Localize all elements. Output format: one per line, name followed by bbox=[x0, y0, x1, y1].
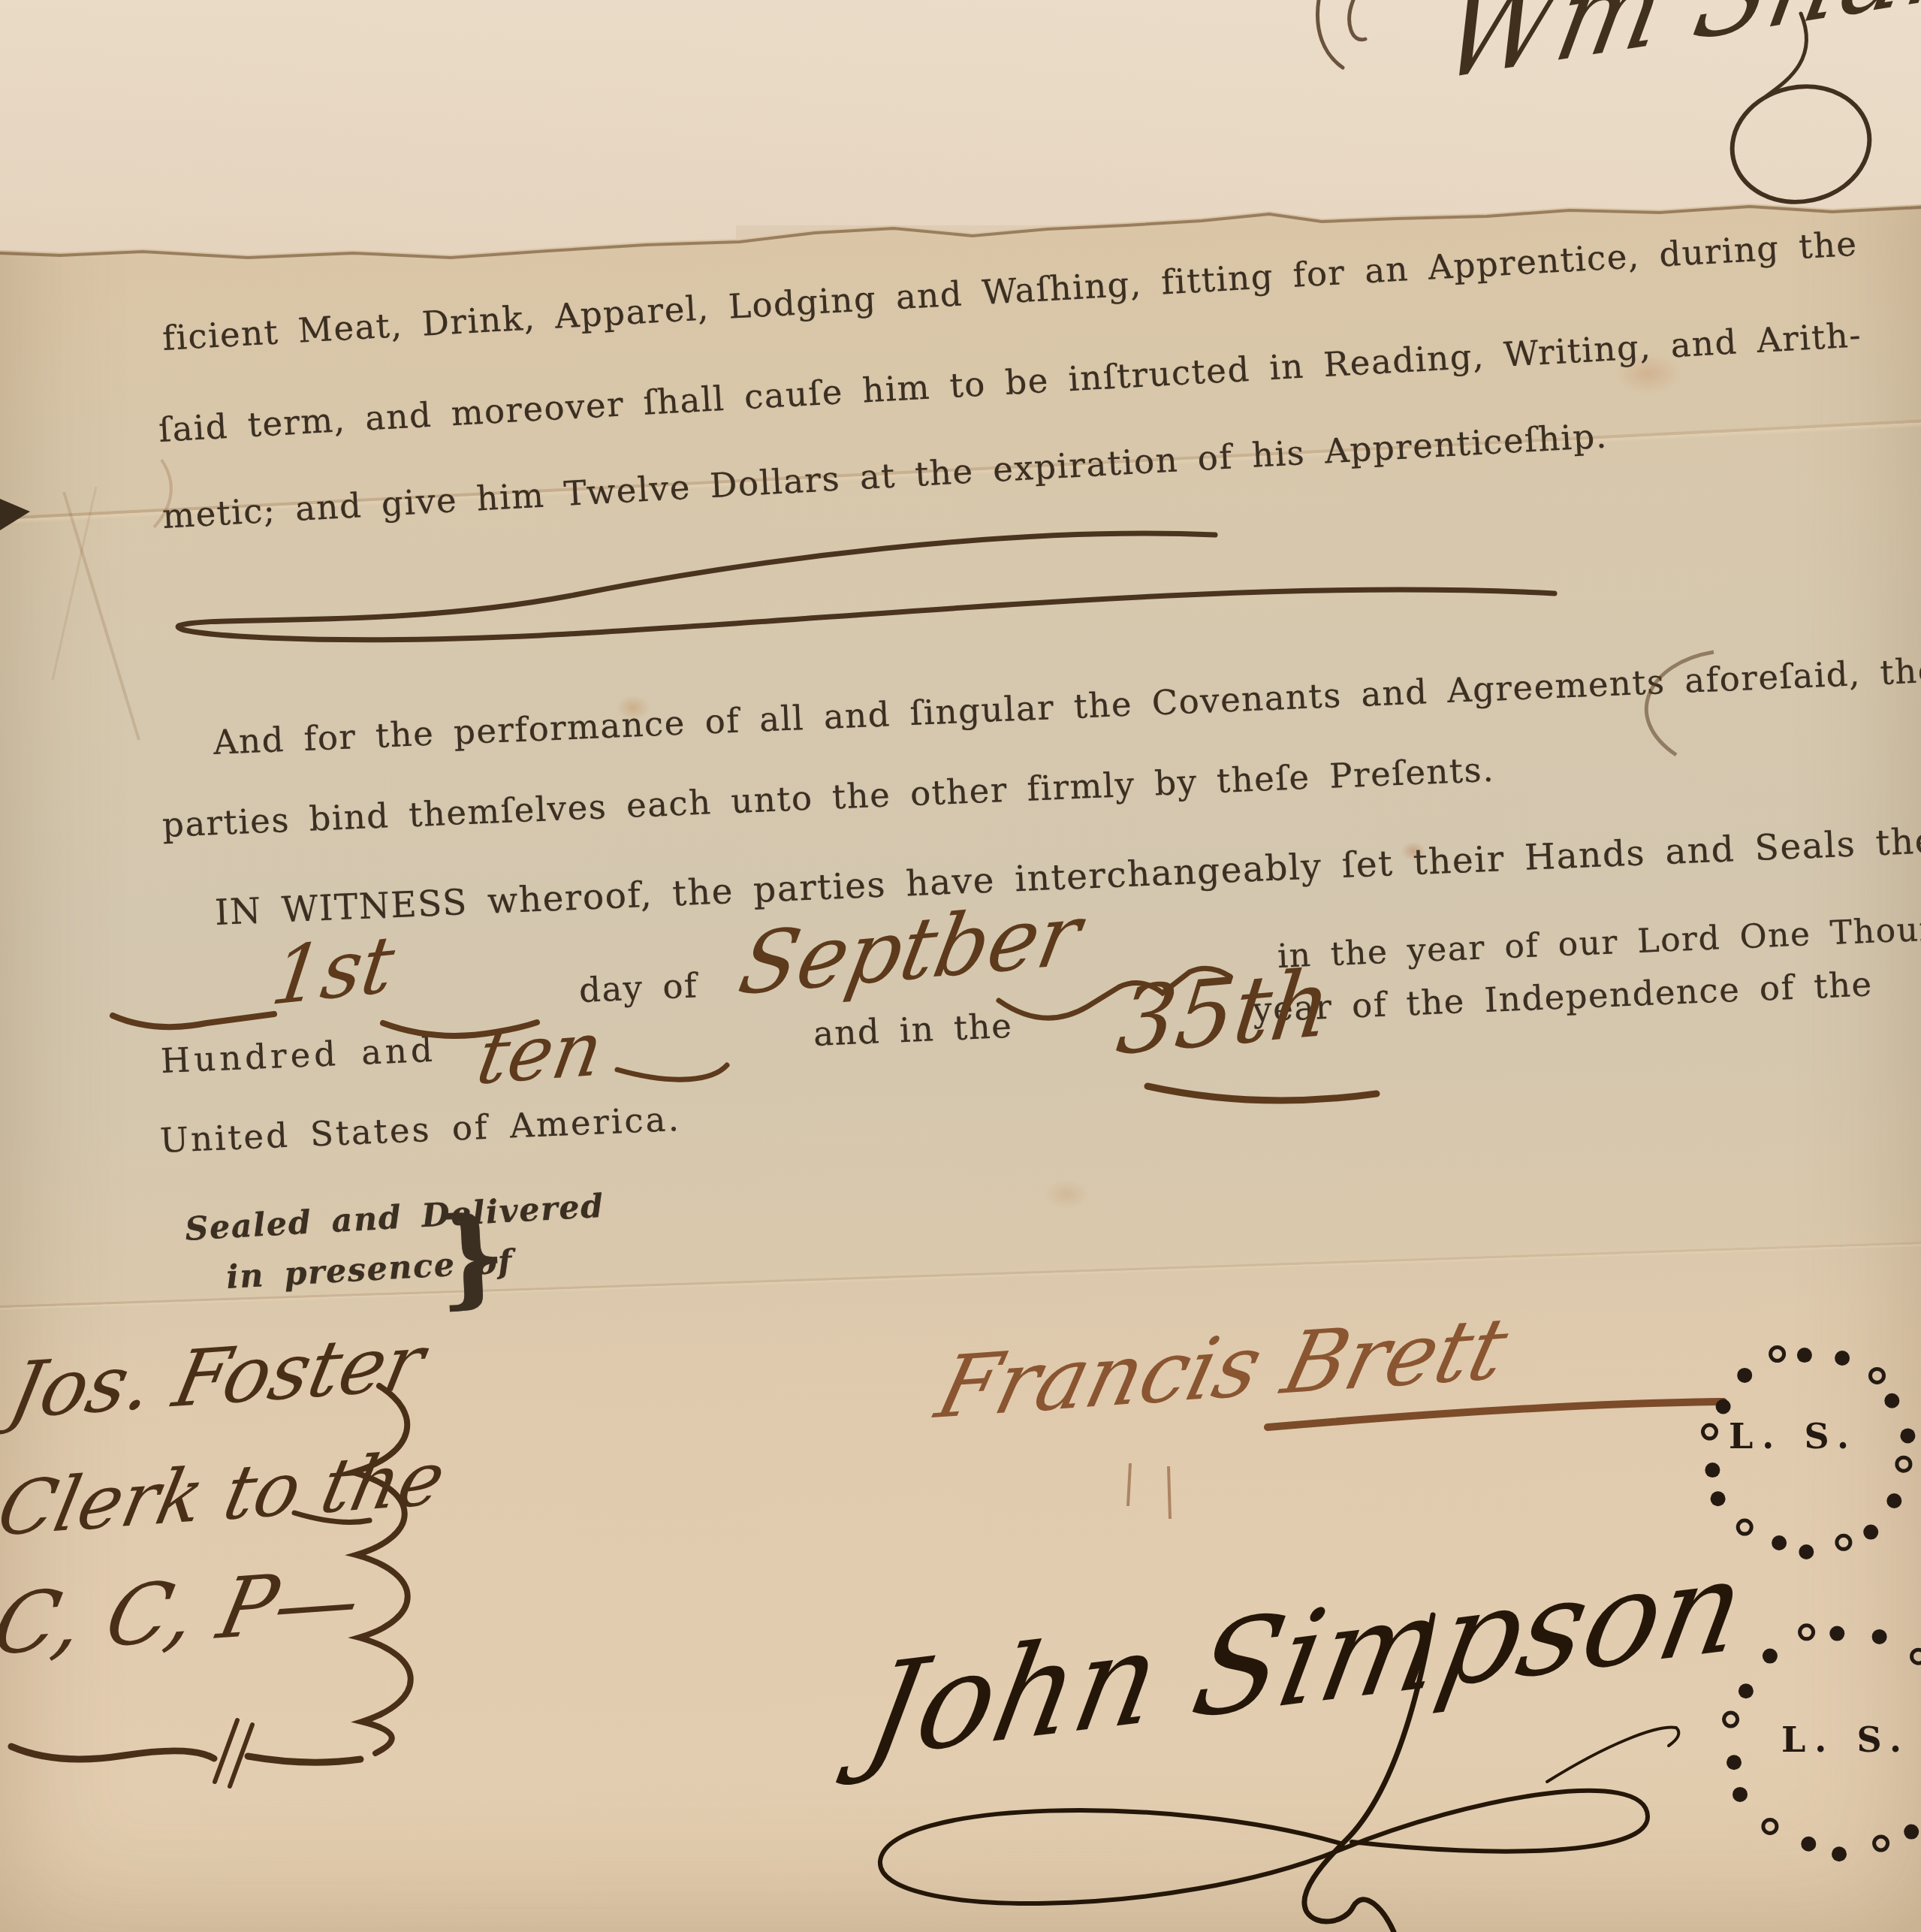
seal-dot bbox=[1837, 1535, 1850, 1549]
independence-year-underline bbox=[1147, 1086, 1377, 1100]
seal-dot bbox=[1897, 1457, 1910, 1471]
simpson-flourish-hook bbox=[1547, 1728, 1678, 1782]
seal-dot bbox=[1900, 1428, 1915, 1443]
witness-name-handwriting: Jos. Foster bbox=[2, 1318, 432, 1437]
seal-dot bbox=[1733, 1787, 1748, 1802]
seal-dot bbox=[1835, 1351, 1850, 1366]
witness-title-2-handwriting: C, C, P— bbox=[0, 1550, 369, 1674]
partial-pen-mark bbox=[1317, 0, 1365, 68]
and-in-the-label: and in the bbox=[813, 1006, 1013, 1054]
seal-dot bbox=[1884, 1393, 1899, 1408]
seal-dot bbox=[1739, 1683, 1754, 1698]
usa-line: United States of America. bbox=[159, 1099, 682, 1161]
seal-dot bbox=[1726, 1755, 1742, 1770]
seal-ls-label: L. S. bbox=[1729, 1416, 1858, 1457]
hundred-label: Hundred and bbox=[160, 1030, 437, 1081]
witness-title-1-handwriting: Clerk to the bbox=[0, 1435, 452, 1553]
simpson-infinity-flourish bbox=[880, 1791, 1648, 1903]
seal-dot bbox=[1737, 1368, 1752, 1383]
seal-dot bbox=[1763, 1649, 1778, 1664]
day-value-handwriting: 1st bbox=[267, 917, 400, 1023]
seal-dot bbox=[1872, 1629, 1887, 1644]
ink-blot bbox=[0, 499, 30, 530]
signature-loop-flourish bbox=[1721, 74, 1880, 215]
seal-dot bbox=[1912, 1650, 1921, 1663]
seal-dot bbox=[1829, 1626, 1844, 1641]
year-word-handwriting: ten bbox=[471, 1004, 609, 1102]
attestation-line-1: Sealed and Delivered bbox=[184, 1188, 605, 1248]
ink-drips bbox=[1128, 1463, 1170, 1519]
witness-underline-right bbox=[248, 1756, 360, 1762]
seal-ls-label: L. S. bbox=[1781, 1719, 1910, 1760]
seal-dot bbox=[1797, 1348, 1812, 1363]
faint-scratch bbox=[53, 487, 96, 680]
document-photo: ficient Meat, Drink, Apparel, Lodging an… bbox=[0, 0, 1921, 1932]
witness-double-slash bbox=[215, 1720, 252, 1786]
seal-brett: L. S. bbox=[1703, 1348, 1916, 1560]
seal-dot bbox=[1871, 1369, 1884, 1382]
seal-dot bbox=[1763, 1819, 1777, 1833]
seal-dot bbox=[1832, 1846, 1847, 1861]
independence-line: year of the Independence of the bbox=[1252, 964, 1874, 1030]
seal-dot bbox=[1705, 1463, 1720, 1478]
seal-dot bbox=[1800, 1626, 1814, 1639]
independence-year-handwriting: 35th bbox=[1111, 949, 1336, 1076]
year-word-tail bbox=[617, 1065, 727, 1079]
seal-dot bbox=[1724, 1713, 1738, 1726]
seal-dot bbox=[1904, 1825, 1919, 1840]
covenant-line-2: parties bind themſelves each unto the ot… bbox=[161, 750, 1495, 845]
clerk-signature-handwriting: Wm Sharp C.C. bbox=[1432, 0, 1921, 107]
seal-dot bbox=[1771, 1348, 1784, 1361]
attestation-brace: } bbox=[434, 1192, 510, 1321]
seal-dot bbox=[1772, 1535, 1787, 1550]
seal-dot bbox=[1711, 1491, 1726, 1506]
fillin-dash-lead bbox=[113, 1014, 274, 1027]
covenant-line-1: And for the performance of all and ſingu… bbox=[213, 651, 1921, 762]
seal-dot bbox=[1703, 1425, 1717, 1438]
signature-francis-brett: Francis Brett bbox=[927, 1299, 1517, 1438]
seal-simpson: L. S. bbox=[1724, 1626, 1921, 1861]
seal-dot bbox=[1874, 1837, 1888, 1850]
seal-dot bbox=[1799, 1544, 1814, 1559]
seal-dot bbox=[1716, 1399, 1731, 1414]
year-line: in the year of our Lord One Thouſand Eig… bbox=[1277, 902, 1921, 976]
seal-dot bbox=[1886, 1493, 1901, 1508]
seal-dot bbox=[1863, 1525, 1878, 1540]
seal-dot bbox=[1801, 1837, 1816, 1852]
day-of-label: day of bbox=[578, 965, 698, 1010]
paper-stain bbox=[1044, 1179, 1089, 1209]
faint-scratch bbox=[64, 492, 139, 740]
signature-john-simpson: John Simpson bbox=[855, 1529, 1757, 1788]
witness-underline-left bbox=[11, 1746, 214, 1759]
central-pen-flourish bbox=[178, 533, 1555, 640]
